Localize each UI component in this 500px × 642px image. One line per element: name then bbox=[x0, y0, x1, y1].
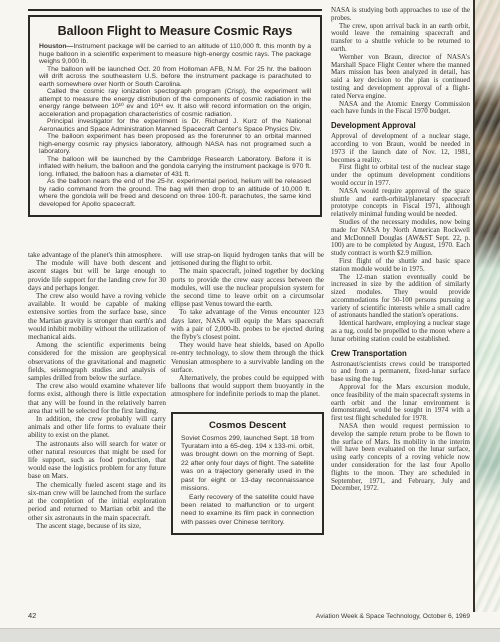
paragraph: In addition, the crew probably will carr… bbox=[28, 415, 166, 440]
adjacent-page-image bbox=[473, 0, 500, 612]
paragraph: Early recovery of the satellite could ha… bbox=[181, 494, 314, 528]
paragraph: Called the cosmic ray ionization spectog… bbox=[39, 88, 311, 118]
section-heading: Development Approval bbox=[331, 121, 470, 130]
paragraph: NASA would require approval of the space… bbox=[331, 188, 470, 219]
paragraph: The crew also would examine whatever lif… bbox=[28, 382, 166, 415]
paragraph: Houston—Instrument package will be carri… bbox=[39, 43, 311, 66]
column-left: take advantage of the planet's thin atmo… bbox=[28, 251, 166, 530]
paragraph: As the balloon nears the end of the 25-h… bbox=[39, 178, 311, 208]
paragraph: The balloon will be launched by the Camb… bbox=[39, 156, 311, 179]
scan-edge bbox=[0, 628, 500, 642]
paragraph: The 12-man station eventually could be i… bbox=[331, 274, 470, 321]
paragraph: Approval of development of a nuclear sta… bbox=[331, 133, 470, 164]
paragraph: The astronauts also will search for wate… bbox=[28, 440, 166, 481]
balloon-article-title: Balloon Flight to Measure Cosmic Rays bbox=[39, 24, 311, 38]
balloon-article-box: Balloon Flight to Measure Cosmic Rays Ho… bbox=[28, 15, 322, 217]
paragraph: Soviet Cosmos 299, launched Sept. 18 fro… bbox=[181, 435, 314, 494]
page-number: 42 bbox=[28, 611, 36, 620]
paragraph: Studies of the necessary modules, now be… bbox=[331, 219, 470, 258]
paragraph: The balloon will be launched Oct. 20 fro… bbox=[39, 66, 311, 89]
paragraph: NASA then would request permission to de… bbox=[331, 423, 470, 493]
cosmos-article-title: Cosmos Descent bbox=[181, 420, 314, 431]
section-heading: Crew Transportation bbox=[331, 349, 470, 358]
paragraph: Identical hardware, employing a nuclear … bbox=[331, 320, 470, 343]
balloon-article-body: Houston—Instrument package will be carri… bbox=[39, 43, 311, 208]
paragraph: Wernher von Braun, director of NASA's Ma… bbox=[331, 54, 470, 101]
paragraph: Astronaut/scientists crews could be tran… bbox=[331, 361, 470, 384]
paragraph: Principal investigator for the experimen… bbox=[39, 118, 311, 133]
paragraph: The main spacecraft, joined together by … bbox=[171, 267, 324, 308]
cosmos-article-body: Soviet Cosmos 299, launched Sept. 18 fro… bbox=[181, 435, 314, 527]
paragraph: Among the scientific experiments being c… bbox=[28, 341, 166, 382]
paragraph: NASA and the Atomic Energy Commission ea… bbox=[331, 101, 470, 117]
column-right: NASA is studying both approaches to use … bbox=[331, 7, 470, 493]
paragraph: take advantage of the planet's thin atmo… bbox=[28, 251, 166, 259]
paragraph: To take advantage of the Venus encounter… bbox=[171, 308, 324, 341]
magazine-page: Balloon Flight to Measure Cosmic Rays Ho… bbox=[0, 0, 500, 642]
cosmos-article-box: Cosmos Descent Soviet Cosmos 299, launch… bbox=[171, 412, 324, 535]
paragraph: NASA is studying both approaches to use … bbox=[331, 7, 470, 23]
paragraph: Approval for the Mars excursion module, … bbox=[331, 384, 470, 423]
paragraph: The module will have both descent and as… bbox=[28, 259, 166, 292]
page-footer: 42 Aviation Week & Space Technology, Oct… bbox=[28, 611, 470, 620]
paragraph: First flight to orbital test of the nucl… bbox=[331, 164, 470, 187]
paragraph: The balloon experiment has been proposed… bbox=[39, 133, 311, 156]
column-middle-text: will use strap-on liquid hydrogen tanks … bbox=[171, 251, 324, 399]
journal-footer-line: Aviation Week & Space Technology, Octobe… bbox=[316, 613, 470, 620]
paragraph: The chemically fueled ascent stage and i… bbox=[28, 481, 166, 522]
paragraph: First flight of the shuttle and basic sp… bbox=[331, 258, 470, 274]
paragraph: The ascent stage, because of its size, bbox=[28, 522, 166, 530]
paragraph: will use strap-on liquid hydrogen tanks … bbox=[171, 251, 324, 267]
column-middle: will use strap-on liquid hydrogen tanks … bbox=[171, 251, 324, 535]
paragraph: The crew, upon arrival back in an earth … bbox=[331, 23, 470, 54]
page-top-rule bbox=[28, 9, 322, 11]
paragraph: The crew also would have a roving vehicl… bbox=[28, 292, 166, 341]
paragraph: They would have heat shields, based on A… bbox=[171, 341, 324, 374]
paragraph: Alternatively, the probes could be equip… bbox=[171, 374, 324, 399]
